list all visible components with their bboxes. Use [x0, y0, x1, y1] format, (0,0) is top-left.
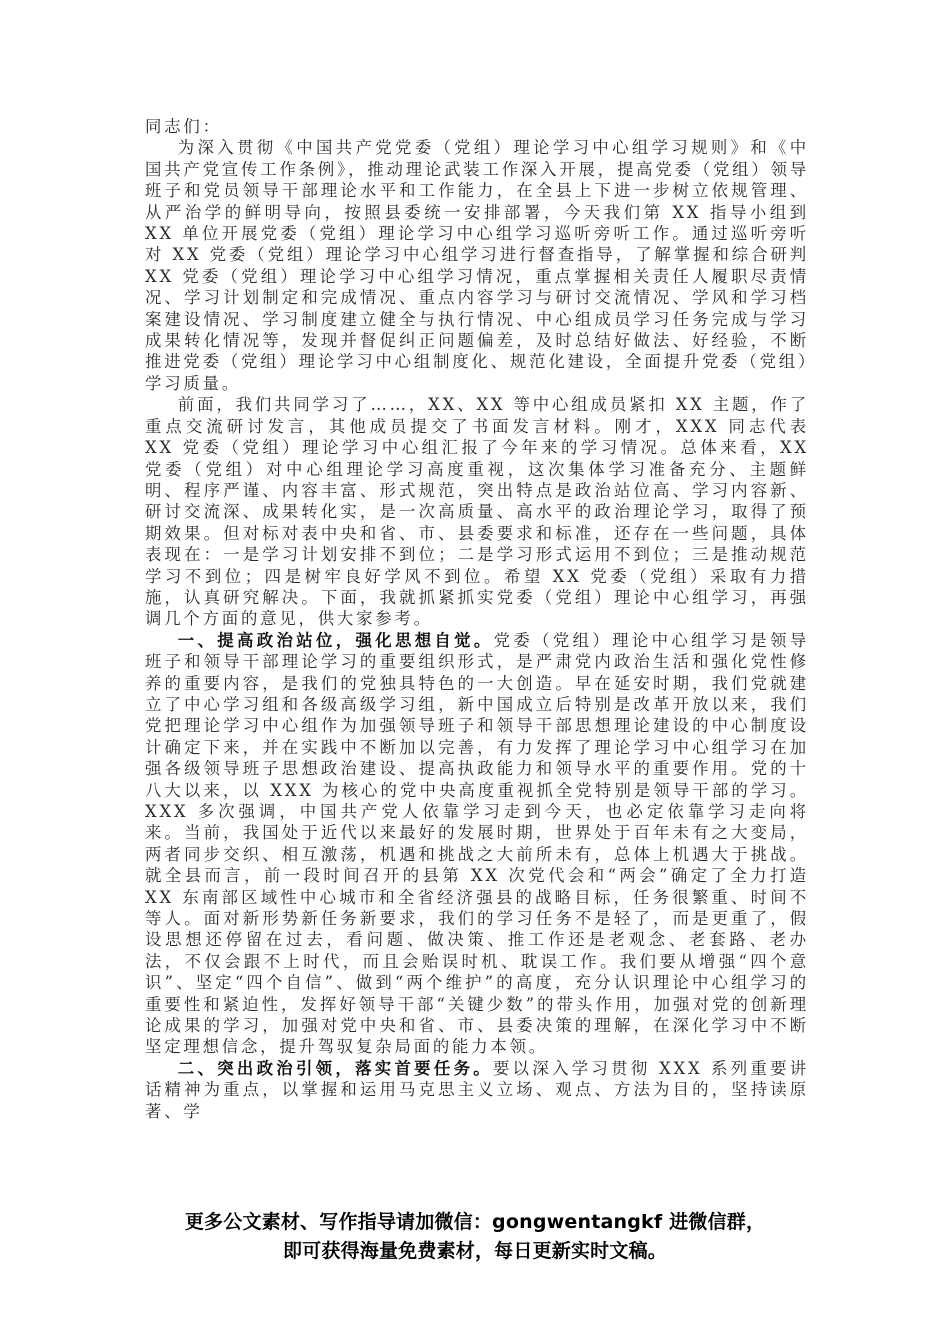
paragraph-text: 党委（党组）理论中心组学习是领导班子和领导干部理论学习的重要组织形式，是严肃党内…: [145, 631, 809, 1057]
paragraph-section-2: 二、突出政治引领，落实首要任务。要以深入学习贯彻 XXX 系列重要讲话精神为重点…: [145, 1058, 809, 1122]
paragraph-intro: 为深入贯彻《中国共产党党委（党组）理论学习中心组学习规则》和《中国共产党宣传工作…: [145, 137, 809, 394]
section-heading: 一、提高政治站位，强化思想自觉。: [178, 631, 494, 650]
paragraph-text: 为深入贯彻《中国共产党党委（党组）理论学习中心组学习规则》和《中国共产党宣传工作…: [145, 138, 809, 392]
promo-footer: 更多公文素材、写作指导请加微信：gongwentangkf 进微信群， 即可获得…: [0, 1208, 950, 1266]
document-body: 同志们： 为深入贯彻《中国共产党党委（党组）理论学习中心组学习规则》和《中国共产…: [145, 116, 809, 1122]
paragraph-text: 前面，我们共同学习了……，XX、XX 等中心组成员紧扣 XX 主题，作了重点交流…: [145, 395, 809, 628]
promo-line-2: 即可获得海量免费素材，每日更新实时文稿。: [0, 1237, 950, 1266]
paragraph-section-1: 一、提高政治站位，强化思想自觉。党委（党组）理论中心组学习是领导班子和领导干部理…: [145, 630, 809, 1058]
section-heading: 二、突出政治引领，落实首要任务。: [178, 1059, 493, 1078]
paragraph-review: 前面，我们共同学习了……，XX、XX 等中心组成员紧扣 XX 主题，作了重点交流…: [145, 394, 809, 629]
promo-line-1: 更多公文素材、写作指导请加微信：gongwentangkf 进微信群，: [0, 1208, 950, 1237]
salutation: 同志们：: [145, 116, 809, 137]
